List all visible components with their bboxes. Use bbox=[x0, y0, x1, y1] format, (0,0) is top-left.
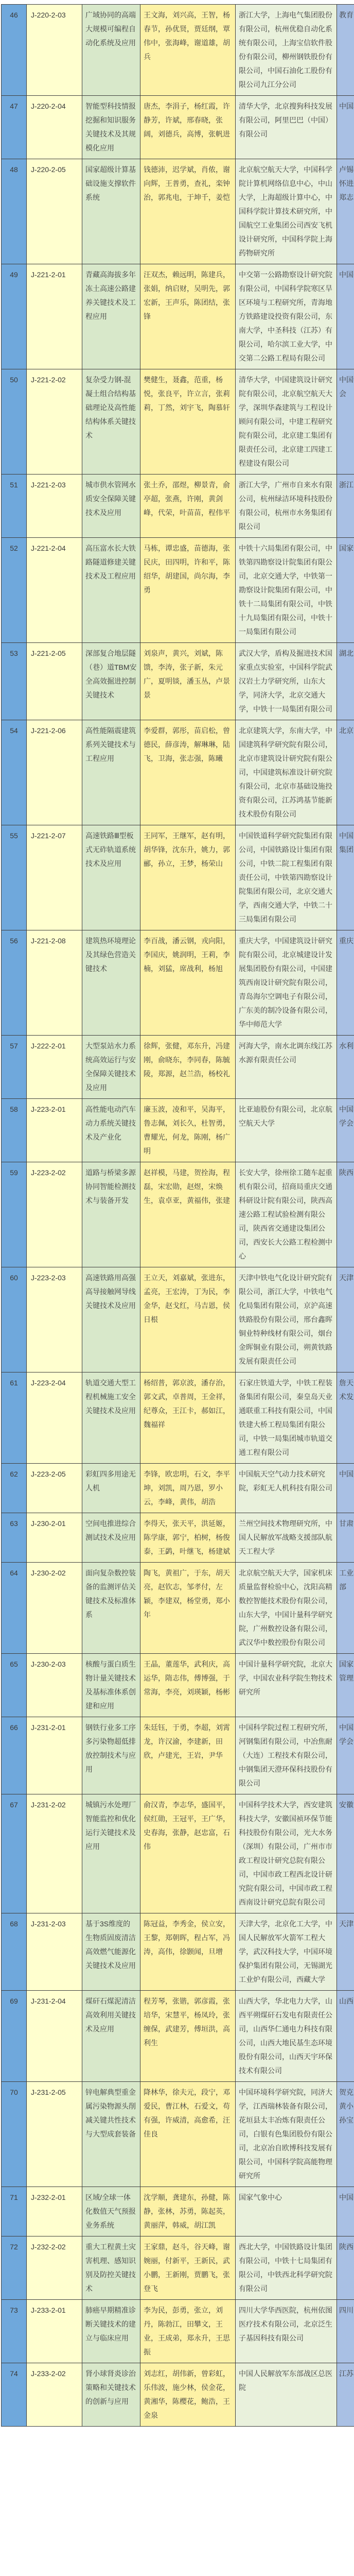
row-number-cell: 46 bbox=[2, 5, 27, 96]
table-row: 71 J-232-2-01 区域/全球一体化数值天气预报业务系统 沈学顺，龚建东… bbox=[2, 2187, 354, 2236]
row-number-cell: 52 bbox=[2, 538, 27, 643]
table-row: 67 J-231-2-02 城镇污水处理厂智能监控和优化运行关键技术及应用 俞汉… bbox=[2, 1794, 354, 1913]
contributors-cell: 刘泉声，黄兴，刘斌，陈馈，李涛，张子新，朱元广，夏明锬，潘玉丛，卢景景 bbox=[140, 643, 236, 720]
award-code-cell: J-221-2-02 bbox=[27, 369, 82, 474]
table-row: 62 J-223-2-05 彩虹四多用途无人机 李锋，欧忠明，石文，李平坤，刘凯… bbox=[2, 1464, 354, 1513]
organizations-cell: 长安大学，徐州徐工随车起重机有限公司，招商局重庆交通科研设计院有限公司，陕西高速… bbox=[236, 1162, 337, 1267]
organizations-cell: 中交第一公路勘察设计研究院有限公司，中国科学院寒区旱区环境与工程研究所，青海地方… bbox=[236, 264, 337, 369]
award-code-cell: J-230-2-03 bbox=[27, 1654, 82, 1717]
table-row: 47 J-220-2-04 智能型科技情报挖掘和知识服务关键技术及其规模化应用 … bbox=[2, 96, 354, 159]
organizations-cell: 国家气象中心 bbox=[236, 2187, 337, 2236]
nominator-cell: 中国气象局 bbox=[337, 2187, 354, 2236]
row-number-cell: 64 bbox=[2, 1563, 27, 1654]
organizations-cell: 比亚迪股份有限公司，北京航空航天大学 bbox=[236, 1099, 337, 1162]
project-title-cell: 深部复合地层隧（巷）道TBM安全高效掘进控制关键技术 bbox=[82, 643, 140, 720]
row-number-cell: 53 bbox=[2, 643, 27, 720]
award-code-cell: J-221-2-04 bbox=[27, 538, 82, 643]
award-code-cell: J-223-2-03 bbox=[27, 1267, 82, 1372]
nominator-cell: 贺克斌 黄小卫 孙宝国 bbox=[337, 2082, 354, 2187]
project-title-cell: 城镇污水处理厂智能监控和优化运行关键技术及应用 bbox=[82, 1794, 140, 1913]
row-number-cell: 56 bbox=[2, 930, 27, 1036]
nominator-cell: 浙江省 bbox=[337, 474, 354, 538]
organizations-cell: 中国科学院过程工程研究所，河钢集团有限公司，中冶焦耐（大连）工程技术有限公司，中… bbox=[236, 1717, 337, 1794]
project-title-cell: 高速铁路Ⅲ型板式无砟轨道系统技术及应用 bbox=[82, 825, 140, 930]
table-row: 70 J-231-2-05 锌电解典型重金属污染物源头削减关键共性技术与大型成套… bbox=[2, 2082, 354, 2187]
table-row: 65 J-230-2-03 核酸与蛋白质生物计量关键技术及基标准体系创建和应用 … bbox=[2, 1654, 354, 1717]
project-title-cell: 彩虹四多用途无人机 bbox=[82, 1464, 140, 1513]
award-code-cell: J-230-2-02 bbox=[27, 1563, 82, 1654]
contributors-cell: 李为民，彭勇，张立，刘丹，陈勃江，田攀文，王业，王成弟，郑永升，王思振 bbox=[140, 2300, 236, 2363]
project-title-cell: 面向复杂数控装备的监测评估关键技术及标准体系 bbox=[82, 1563, 140, 1654]
project-title-cell: 城市供水管网水质安全保障关键技术及应用 bbox=[82, 474, 140, 538]
contributors-cell: 刘志红，胡伟新，曾彩虹，乐伟波，施少林，侯金花，黄湘华，陈樱花，鲍浩，王金泉 bbox=[140, 2363, 236, 2427]
row-number-cell: 62 bbox=[2, 1464, 27, 1513]
organizations-cell: 中国科学技术大学，西安建筑科技大学，安徽国祯环保节能科技股份有限公司，光大水务（… bbox=[236, 1794, 337, 1913]
contributors-cell: 樊健生，聂鑫，范重，杨悦，张良平，许立言，张莉莉，丁然，刘宇飞，陶慕轩 bbox=[140, 369, 236, 474]
contributors-cell: 王家鼎，赵斗，谷天峰，谢婉丽，付新平，王新民，武小鹏，王新刚，贾鹏飞，张登飞 bbox=[140, 2236, 236, 2300]
nominator-cell: 重庆市 bbox=[337, 930, 354, 1036]
award-code-cell: J-232-2-01 bbox=[27, 2187, 82, 2236]
contributors-cell: 唐杰，李涓子，杨红霞，许静芳，许斌，邢春晓，张阔，刘德兵，高博，张帆进 bbox=[140, 96, 236, 159]
award-code-cell: J-223-2-05 bbox=[27, 1464, 82, 1513]
organizations-cell: 武汉大学，盾构及掘进技术国家重点实验室，中国科学院武汉岩土力学研究所，山东大学，… bbox=[236, 643, 337, 720]
row-number-cell: 54 bbox=[2, 720, 27, 825]
award-code-cell: J-223-2-02 bbox=[27, 1162, 82, 1267]
organizations-cell: 北京建筑大学，东南大学，中国建筑科学研究院有限公司，北京市建筑设计研究院有限公司… bbox=[236, 720, 337, 825]
organizations-cell: 石家庄铁道大学，中铁工程装备集团有限公司，秦皇岛天业通联重工科技有限公司，中国铁… bbox=[236, 1372, 337, 1464]
project-title-cell: 智能型科技情报挖掘和知识服务关键技术及其规模化应用 bbox=[82, 96, 140, 159]
row-number-cell: 55 bbox=[2, 825, 27, 930]
project-title-cell: 核酸与蛋白质生物计量关键技术及基标准体系创建和应用 bbox=[82, 1654, 140, 1717]
organizations-cell: 清华大学，北京搜狗科技发展有限公司，阿里巴巴（中国）有限公司 bbox=[236, 96, 337, 159]
row-number-cell: 57 bbox=[2, 1036, 27, 1099]
table-row: 50 J-221-2-02 复杂受力钢-混凝土组合结构基础理论及高性能结构体系关… bbox=[2, 369, 354, 474]
contributors-cell: 朱廷钰，于勇，李超，刘霄龙，许汉渝，李建新，田欣，卢建光，王岩，尹华 bbox=[140, 1717, 236, 1794]
organizations-cell: 中国计量科学研究院，北京大学，中国农业科学院生物技术研究所 bbox=[236, 1654, 337, 1717]
nominator-cell: 四川省 bbox=[337, 2300, 354, 2363]
nominator-cell: 中国环境科学学会 bbox=[337, 1717, 354, 1794]
award-code-cell: J-221-2-07 bbox=[27, 825, 82, 930]
contributors-cell: 马栋，谭忠盛，苗德海，张民庆，田四明，许和平，陈绍华，胡建国，尚尔海，李勇 bbox=[140, 538, 236, 643]
nominator-cell: 陕西省 bbox=[337, 2236, 354, 2300]
row-number-cell: 60 bbox=[2, 1267, 27, 1372]
contributors-cell: 王立天，刘嘉斌，张进东，孟亮，王宏涛，丁为民，李金华，赵戈红，马吉恩，侯日根 bbox=[140, 1267, 236, 1372]
organizations-cell: 中国铁道科学研究院集团有限公司，中国铁路设计集团有限公司，中铁二院工程集团有限责… bbox=[236, 825, 337, 930]
contributors-cell: 李百战，潘云钢，戎向阳，李国庆，姚润明，王莉，李楠，刘猛，席战利，杨旭 bbox=[140, 930, 236, 1036]
row-number-cell: 63 bbox=[2, 1513, 27, 1563]
table-row: 56 J-221-2-08 建筑热环境理论及其绿色营造关键技术 李百战，潘云钢，… bbox=[2, 930, 354, 1036]
table-row: 48 J-220-2-05 国家超级计算基础设施支撑软件系统 钱德沛，迟学斌，肖… bbox=[2, 159, 354, 264]
table-row: 59 J-223-2-02 道路与桥梁多源协同智能检测技术与装备开发 赵祥模，马… bbox=[2, 1162, 354, 1267]
nominator-cell: 山西省 bbox=[337, 1991, 354, 2082]
document-page: 46 J-220-2-03 广域协同的高端大规模可编程自动化系统及应用 王文海，… bbox=[0, 0, 354, 2427]
nominator-cell: 国家铁路局 bbox=[337, 538, 354, 643]
nominator-cell: 中国钢结构协会 bbox=[337, 369, 354, 474]
project-title-cell: 大型泵站水力系统高效运行与安全保障关键技术及应用 bbox=[82, 1036, 140, 1099]
project-title-cell: 建筑热环境理论及其绿色营造关键技术 bbox=[82, 930, 140, 1036]
table-row: 52 J-221-2-04 高压富水长大铁路隧道修建关键技术及工程应用 马栋，谭… bbox=[2, 538, 354, 643]
nominator-cell: 北京市 bbox=[337, 720, 354, 825]
organizations-cell: 山西大学，华北电力大学，山西平朔煤矸石发电有限责任公司，山西华仁通电力科技有限公… bbox=[236, 1991, 337, 2082]
contributors-cell: 钱德沛，迟学斌，肖侬，谢向辉，王普勇，查礼，栾钟治，郭兆电，于坤千，姜恺 bbox=[140, 159, 236, 264]
award-code-cell: J-221-2-08 bbox=[27, 930, 82, 1036]
organizations-cell: 清华大学，中国建筑设计研究院有限公司，北京航空航天大学，深圳华森建筑与工程设计顾… bbox=[236, 369, 337, 474]
row-number-cell: 71 bbox=[2, 2187, 27, 2236]
nominator-cell: 安徽省 bbox=[337, 1794, 354, 1913]
nominator-cell: 天津市 bbox=[337, 1267, 354, 1372]
nominator-cell: 詹天佑科学技术发展基金会 bbox=[337, 1372, 354, 1464]
table-row: 63 J-230-2-01 空间电推进综合测试技术及应用 李得天，张天平，洪延姬… bbox=[2, 1513, 354, 1563]
row-number-cell: 72 bbox=[2, 2236, 27, 2300]
contributors-cell: 李爱群，郭彤，苗启松，曾德民，薛彦涛，解琳琳，陆飞，卫海，张志强，陈曦 bbox=[140, 720, 236, 825]
award-code-cell: J-231-2-03 bbox=[27, 1913, 82, 1991]
contributors-cell: 王晶，董莲华，武利庆，高运华，隋志伟，傅博强，于常海，李亮，刘瑛颖，杨彬 bbox=[140, 1654, 236, 1717]
award-code-cell: J-222-2-01 bbox=[27, 1036, 82, 1099]
contributors-cell: 王同军，王继军，赵有明，胡华锋，沈东升，姚力，郭郦，孙立，王梦，杨荣山 bbox=[140, 825, 236, 930]
award-code-cell: J-231-2-04 bbox=[27, 1991, 82, 2082]
organizations-cell: 中国人民解放军东部战区总医院 bbox=[236, 2363, 337, 2427]
project-title-cell: 复杂受力钢-混凝土组合结构基础理论及高性能结构体系关键技术 bbox=[82, 369, 140, 474]
nominator-cell: 湖北省 bbox=[337, 643, 354, 720]
row-number-cell: 69 bbox=[2, 1991, 27, 2082]
row-number-cell: 68 bbox=[2, 1913, 27, 1991]
row-number-cell: 47 bbox=[2, 96, 27, 159]
project-title-cell: 空间电推进综合测试技术及应用 bbox=[82, 1513, 140, 1563]
contributors-cell: 陈冠益，李秀金，侯立安，王黎，郑朝晖，程占军，冯涛，高伟，徐颢闻，旦增 bbox=[140, 1913, 236, 1991]
contributors-cell: 李锋，欧忠明，石文，李平坤，刘凯，周乃恩，罗小云，李峰，黄伟，胡浩 bbox=[140, 1464, 236, 1513]
organizations-cell: 北京航空航天大学，中国科学院计算机网络信息中心，中山大学，上海超级计算中心，中国… bbox=[236, 159, 337, 264]
organizations-cell: 兰州空间技术物理研究所，中国人民解放军战略支援部队航天工程大学 bbox=[236, 1513, 337, 1563]
organizations-cell: 浙江大学，广州市自来水有限公司，杭州绿洁环境科技股份有限公司，杭州市水务集团有限… bbox=[236, 474, 337, 538]
table-row: 55 J-221-2-07 高速铁路Ⅲ型板式无砟轨道系统技术及应用 王同军，王继… bbox=[2, 825, 354, 930]
award-code-cell: J-231-2-01 bbox=[27, 1717, 82, 1794]
organizations-cell: 天津中铁电气化设计研究院有限公司，浙江大学，中铁电气化局集团有限公司，京沪高速铁… bbox=[236, 1267, 337, 1372]
project-title-cell: 高速铁路用高强高导接触网导线关键技术及应用 bbox=[82, 1267, 140, 1372]
organizations-cell: 天津大学，北京化工大学，中国人民解放军火箭军工程大学，武汉科技大学，中国环境保护… bbox=[236, 1913, 337, 1991]
row-number-cell: 49 bbox=[2, 264, 27, 369]
table-row: 58 J-223-2-01 高性能电动汽车动力系统关键技术及产业化 廉玉波，凌和… bbox=[2, 1099, 354, 1162]
contributors-cell: 杨绍普，郭京波，潘存治，郭文武，卓普周，王金祥，纪尊众，王江卡，郝如江，魏福祥 bbox=[140, 1372, 236, 1464]
organizations-cell: 北京航空航天大学，国家机床质量监督检验中心，沈阳高精数控智能技术股份有限公司，山… bbox=[236, 1563, 337, 1654]
project-title-cell: 区域/全球一体化数值天气预报业务系统 bbox=[82, 2187, 140, 2236]
nominator-cell: 卢锡城 怀进鹏 郑志明 bbox=[337, 159, 354, 264]
award-code-cell: J-223-2-04 bbox=[27, 1372, 82, 1464]
project-title-cell: 重大工程黄土灾害机理、感知识别及防控关键技术 bbox=[82, 2236, 140, 2300]
award-code-cell: J-233-2-02 bbox=[27, 2363, 82, 2427]
project-title-cell: 高性能电动汽车动力系统关键技术及产业化 bbox=[82, 1099, 140, 1162]
row-number-cell: 66 bbox=[2, 1717, 27, 1794]
award-code-cell: J-221-2-06 bbox=[27, 720, 82, 825]
organizations-cell: 西北大学，中国铁路设计集团有限公司，中铁十七局集团有限公司，中铁西北科学研究院有… bbox=[236, 2236, 337, 2300]
nominator-cell: 国家市场监督管理总局 bbox=[337, 1654, 354, 1717]
contributors-cell: 李得天，张天平，洪延姬，陈学康，郭宁，柏树，杨俊泰，王鹢，叶继飞，杨建斌 bbox=[140, 1513, 236, 1563]
project-title-cell: 基于3S维度的生物质固废清洁高效燃气能源化关键技术及应用 bbox=[82, 1913, 140, 1991]
award-code-cell: J-221-2-05 bbox=[27, 643, 82, 720]
nominator-cell: 教育部 bbox=[337, 5, 354, 96]
contributors-cell: 沈学顺，龚建东，孙健，陈静，张林，苏勇，陈起英，黄丽萍，韩威，胡江凯 bbox=[140, 2187, 236, 2236]
award-code-cell: J-233-2-01 bbox=[27, 2300, 82, 2363]
project-title-cell: 青藏高海拔多年冻土高速公路建养关键技术及工程应用 bbox=[82, 264, 140, 369]
project-title-cell: 肺癌早期精准诊断关键技术的建立与临床应用 bbox=[82, 2300, 140, 2363]
row-number-cell: 65 bbox=[2, 1654, 27, 1717]
nominator-cell: 工业和信息化部 bbox=[337, 1563, 354, 1654]
table-row: 64 J-230-2-02 面向复杂数控装备的监测评估关键技术及标准体系 陶飞，… bbox=[2, 1563, 354, 1654]
award-code-cell: J-231-2-05 bbox=[27, 2082, 82, 2187]
table-row: 49 J-221-2-01 青藏高海拔多年冻土高速公路建养关键技术及工程应用 汪… bbox=[2, 264, 354, 369]
contributors-cell: 廉玉波，凌和平，吴海平，鲁志佩，刘长久，杜智勇，曹耀光，何龙，陈刚，杨广明 bbox=[140, 1099, 236, 1162]
organizations-cell: 河海大学，南水北调东线江苏水源有限责任公司 bbox=[236, 1036, 337, 1099]
nominator-cell: 天津市 bbox=[337, 1913, 354, 1991]
project-title-cell: 广域协同的高端大规模可编程自动化系统及应用 bbox=[82, 5, 140, 96]
organizations-cell: 浙江大学，上海电气集团股份有限公司，杭州优稳自动化系统有限公司，上海宝信软件股份… bbox=[236, 5, 337, 96]
table-row: 53 J-221-2-05 深部复合地层隧（巷）道TBM安全高效掘进控制关键技术… bbox=[2, 643, 354, 720]
contributors-cell: 程芳琴，张锴，郭彦霞，张培华，宋慧平，杨凤玲，张缠保，武建芳，傅垣洪，高利生 bbox=[140, 1991, 236, 2082]
nominator-cell: 甘肃省 bbox=[337, 1513, 354, 1563]
project-title-cell: 国家超级计算基础设施支撑软件系统 bbox=[82, 159, 140, 264]
project-title-cell: 煤矸石煤泥清洁高效利用关键技术及应用 bbox=[82, 1991, 140, 2082]
organizations-cell: 重庆大学，中国建筑设计研究院有限公司，北京城建设计发展集团股份有限公司，中国建筑… bbox=[236, 930, 337, 1036]
table-row: 51 J-221-2-03 城市供水管网水质安全保障关键技术及应用 张土乔，邵煜… bbox=[2, 474, 354, 538]
contributors-cell: 陶飞，黄祖广，于东，胡天亮，赵钦志，邹孝付，左颖，李建双，杨堂勇，郑小年 bbox=[140, 1563, 236, 1654]
nominator-cell: 水利部 bbox=[337, 1036, 354, 1099]
nominator-cell: 中国汽车工程学会 bbox=[337, 1099, 354, 1162]
nominator-cell: 中国科协 bbox=[337, 96, 354, 159]
award-code-cell: J-231-2-02 bbox=[27, 1794, 82, 1913]
project-title-cell: 高压富水长大铁路隧道修建关键技术及工程应用 bbox=[82, 538, 140, 643]
organizations-cell: 中国航天空气动力技术研究院，彩虹无人机科技有限公司 bbox=[236, 1464, 337, 1513]
table-row: 60 J-223-2-03 高速铁路用高强高导接触网导线关键技术及应用 王立天，… bbox=[2, 1267, 354, 1372]
table-row: 73 J-233-2-01 肺癌早期精准诊断关键技术的建立与临床应用 李为民，彭… bbox=[2, 2300, 354, 2363]
project-title-cell: 锌电解典型重金属污染物源头削减关键共性技术与大型成套装备 bbox=[82, 2082, 140, 2187]
row-number-cell: 48 bbox=[2, 159, 27, 264]
row-number-cell: 67 bbox=[2, 1794, 27, 1913]
contributors-cell: 张土乔，邵煜，柳景青，俞亭超，张燕，许刚，黄剑峰，代荣，叶苗苗，程伟平 bbox=[140, 474, 236, 538]
table-row: 68 J-231-2-03 基于3S维度的生物质固废清洁高效燃气能源化关键技术及… bbox=[2, 1913, 354, 1991]
award-code-cell: J-220-2-03 bbox=[27, 5, 82, 96]
table-row: 74 J-233-2-02 肾小球肾炎诊治策略和关键技术的创新与应用 刘志红，胡… bbox=[2, 2363, 354, 2427]
project-title-cell: 肾小球肾炎诊治策略和关键技术的创新与应用 bbox=[82, 2363, 140, 2427]
award-code-cell: J-220-2-05 bbox=[27, 159, 82, 264]
row-number-cell: 59 bbox=[2, 1162, 27, 1267]
awards-table-body: 46 J-220-2-03 广域协同的高端大规模可编程自动化系统及应用 王文海，… bbox=[2, 5, 354, 2427]
table-row: 61 J-223-2-04 轨道交通大型工程机械施工安全关键技术及应用 杨绍普，… bbox=[2, 1372, 354, 1464]
organizations-cell: 中铁十六局集团有限公司，中铁第四勘察设计院集团有限公司，北京交通大学，中铁第一勘… bbox=[236, 538, 337, 643]
nominator-cell: 陕西省 bbox=[337, 1162, 354, 1267]
project-title-cell: 钢铁行业多工序多污染物超低排放控制技术与应用 bbox=[82, 1717, 140, 1794]
contributors-cell: 徐辉，张健，邓东升，冯建刚，俞晓东，李同春，陈毓陵，郑源，赵兰浩，杨校礼 bbox=[140, 1036, 236, 1099]
row-number-cell: 73 bbox=[2, 2300, 27, 2363]
table-row: 54 J-221-2-06 高性能隔震建筑系列关键技术与工程应用 李爱群，郭彤，… bbox=[2, 720, 354, 825]
project-title-cell: 轨道交通大型工程机械施工安全关键技术及应用 bbox=[82, 1372, 140, 1464]
row-number-cell: 50 bbox=[2, 369, 27, 474]
nominator-cell: 中国公路学会 bbox=[337, 264, 354, 369]
table-row: 72 J-232-2-02 重大工程黄土灾害机理、感知识别及防控关键技术 王家鼎… bbox=[2, 2236, 354, 2300]
project-title-cell: 高性能隔震建筑系列关键技术与工程应用 bbox=[82, 720, 140, 825]
contributors-cell: 赵祥模，马建，贺拴海，程磊，宋宏勋，赵煜，宋焕生，袁卓亚，黄福伟，张建 bbox=[140, 1162, 236, 1267]
award-code-cell: J-232-2-02 bbox=[27, 2236, 82, 2300]
organizations-cell: 四川大学华西医院，杭州依图医疗技术有限公司，北京泛生子基因科技有限公司 bbox=[236, 2300, 337, 2363]
table-row: 46 J-220-2-03 广域协同的高端大规模可编程自动化系统及应用 王文海，… bbox=[2, 5, 354, 96]
row-number-cell: 51 bbox=[2, 474, 27, 538]
table-row: 69 J-231-2-04 煤矸石煤泥清洁高效利用关键技术及应用 程芳琴，张锴，… bbox=[2, 1991, 354, 2082]
contributors-cell: 降林华，徐夫元，段宁，邓爱民，曹江林，石爱文，苟有强，许威清，高愈希，汪佳良 bbox=[140, 2082, 236, 2187]
row-number-cell: 70 bbox=[2, 2082, 27, 2187]
row-number-cell: 74 bbox=[2, 2363, 27, 2427]
contributors-cell: 俞汉青，李志华，盛国平，侯红勋，王冠平，王广华，史春海，张静，赵忠富，石伟 bbox=[140, 1794, 236, 1913]
contributors-cell: 汪双杰，赖远明，陈建兵，张娟，纳启财，吴明先，郭宏新，王声乐，陈团结，张锋 bbox=[140, 264, 236, 369]
award-code-cell: J-221-2-01 bbox=[27, 264, 82, 369]
awards-table: 46 J-220-2-03 广域协同的高端大规模可编程自动化系统及应用 王文海，… bbox=[1, 4, 354, 2427]
table-row: 66 J-231-2-01 钢铁行业多工序多污染物超低排放控制技术与应用 朱廷钰… bbox=[2, 1717, 354, 1794]
nominator-cell: 江苏省 bbox=[337, 2363, 354, 2427]
award-code-cell: J-220-2-04 bbox=[27, 96, 82, 159]
award-code-cell: J-223-2-01 bbox=[27, 1099, 82, 1162]
nominator-cell: 中国国家铁路集团有限公司 bbox=[337, 825, 354, 930]
table-row: 57 J-222-2-01 大型泵站水力系统高效运行与安全保障关键技术及应用 徐… bbox=[2, 1036, 354, 1099]
nominator-cell: 中国航空学会 bbox=[337, 1464, 354, 1513]
award-code-cell: J-221-2-03 bbox=[27, 474, 82, 538]
contributors-cell: 王文海，刘兴高，王智，杨春节，孙优贤，贾廷纲，覃伟中，张海峰，谢道雄，胡兵 bbox=[140, 5, 236, 96]
row-number-cell: 58 bbox=[2, 1099, 27, 1162]
organizations-cell: 中国环境科学研究院，同济大学，江西瑞林装备有限公司，花垣县太丰冶炼有限责任公司，… bbox=[236, 2082, 337, 2187]
row-number-cell: 61 bbox=[2, 1372, 27, 1464]
project-title-cell: 道路与桥梁多源协同智能检测技术与装备开发 bbox=[82, 1162, 140, 1267]
award-code-cell: J-230-2-01 bbox=[27, 1513, 82, 1563]
